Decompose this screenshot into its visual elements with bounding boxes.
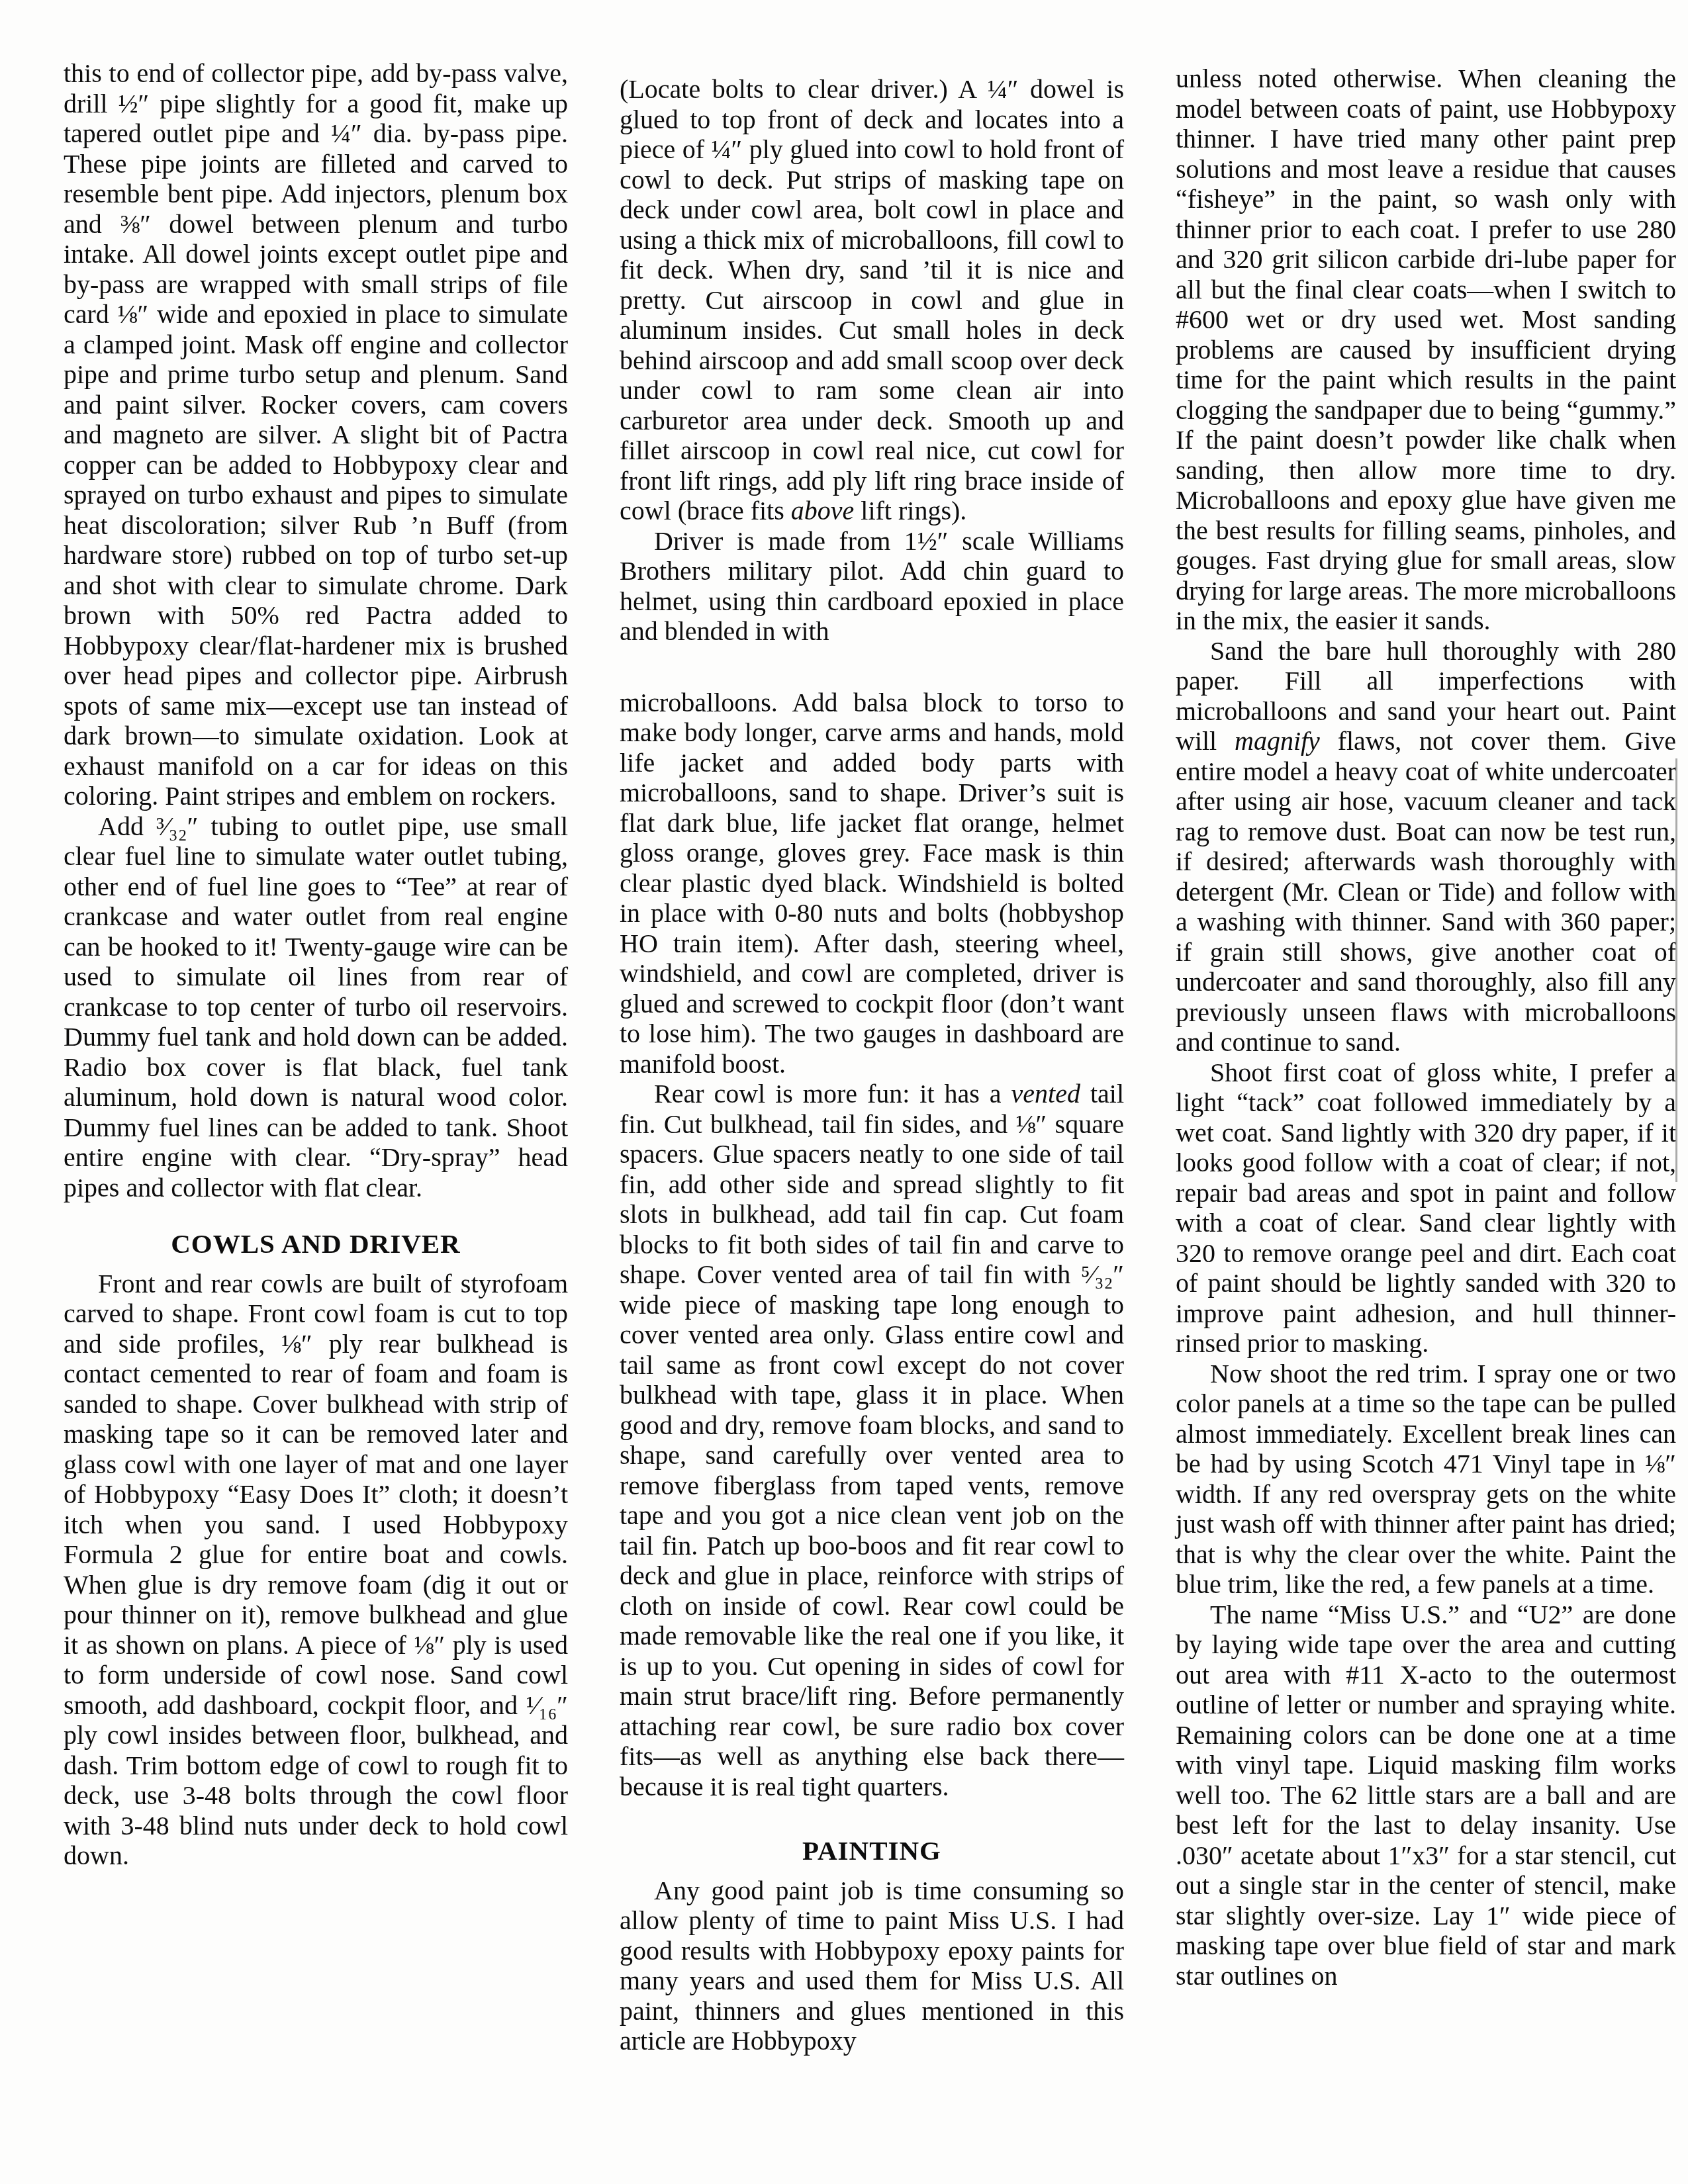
column-gap-spacer bbox=[620, 647, 1124, 688]
scanned-article-page: this to end of collector pipe, add by-pa… bbox=[0, 0, 1688, 2184]
paragraph: Front and rear cowls are built of styrof… bbox=[64, 1269, 568, 1871]
paragraph: microballoons. Add balsa block to torso … bbox=[620, 688, 1124, 1079]
paragraph: this to end of collector pipe, add by-pa… bbox=[64, 58, 568, 811]
paragraph: Now shoot the red trim. I spray one or t… bbox=[1176, 1359, 1676, 1600]
paragraph: Driver is made from 1½″ scale Williams B… bbox=[620, 526, 1124, 647]
paragraph: unless noted otherwise. When cleaning th… bbox=[1176, 64, 1676, 636]
paragraph: Add ³⁄₃₂″ tubing to outlet pipe, use sma… bbox=[64, 811, 568, 1203]
scan-artifact-line bbox=[1675, 758, 1677, 1182]
column-1: this to end of collector pipe, add by-pa… bbox=[64, 58, 568, 1871]
paragraph: (Locate bolts to clear driver.) A ¼″ dow… bbox=[620, 74, 1124, 526]
section-heading: PAINTING bbox=[620, 1836, 1124, 1866]
paragraph: Sand the bare hull thoroughly with 280 p… bbox=[1176, 636, 1676, 1058]
paragraph: Rear cowl is more fun: it has a vented t… bbox=[620, 1079, 1124, 1801]
paragraph: Shoot first coat of gloss white, I prefe… bbox=[1176, 1058, 1676, 1359]
column-3: unless noted otherwise. When cleaning th… bbox=[1176, 64, 1676, 1991]
paragraph: Any good paint job is time consuming so … bbox=[620, 1876, 1124, 2056]
section-heading: COWLS AND DRIVER bbox=[64, 1229, 568, 1259]
column-2: (Locate bolts to clear driver.) A ¼″ dow… bbox=[620, 74, 1124, 2056]
paragraph: The name “Miss U.S.” and “U2” are done b… bbox=[1176, 1600, 1676, 1991]
